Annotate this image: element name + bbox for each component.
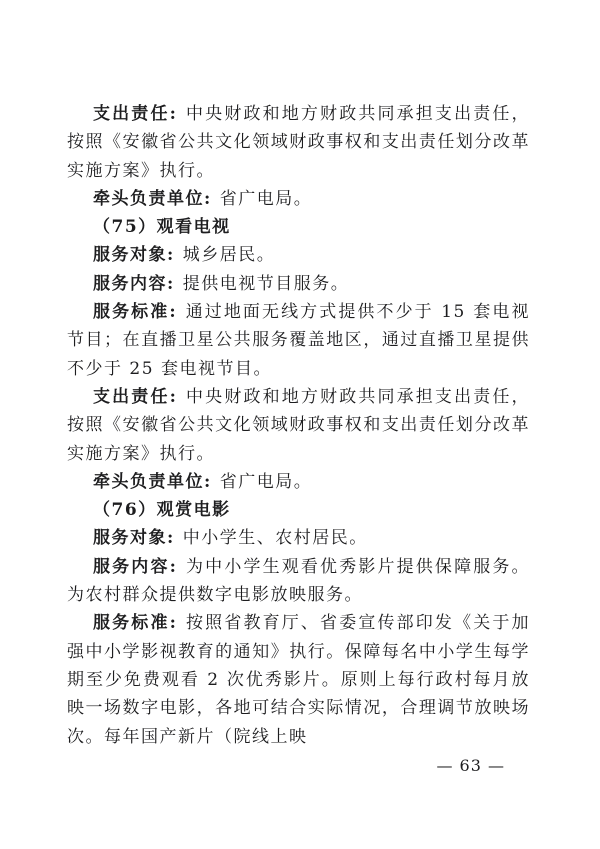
paragraph-label: 服务标准: [93,302,177,322]
paragraph-text: 城乡居民。 [183,245,276,265]
paragraph-label: 牵头负责单位: [93,472,212,492]
paragraph-service-content-75: 服务内容:提供电视节目服务。 [67,270,530,298]
paragraph-lead-unit-75: 牵头负责单位:省广电局。 [67,468,530,496]
paragraph-label: 服务对象: [93,245,175,265]
section-heading-76: （76）观赏电影 [67,496,530,524]
paragraph-text: 省广电局。 [220,189,313,209]
paragraph-label: 服务标准: [93,613,177,633]
paragraph-expenditure-responsibility-75: 支出责任:中央财政和地方财政共同承担支出责任，按照《安徽省公共文化领域财政事权和… [67,100,530,185]
document-page: 支出责任:中央财政和地方财政共同承担支出责任，按照《安徽省公共文化领域财政事权和… [0,0,600,849]
paragraph-expenditure-responsibility-75b: 支出责任:中央财政和地方财政共同承担支出责任，按照《安徽省公共文化领域财政事权和… [67,383,530,468]
paragraph-service-standard-75: 服务标准:通过地面无线方式提供不少于 15 套电视节目；在直播卫星公共服务覆盖地… [67,298,530,383]
paragraph-text: 按照省教育厅、省委宣传部印发《关于加强中小学影视教育的通知》执行。保障每名中小学… [67,613,530,746]
page-number: — 63 — [436,754,505,778]
paragraph-text: 提供电视节目服务。 [183,274,350,294]
paragraph-service-target-76: 服务对象:中小学生、农村居民。 [67,524,530,552]
paragraph-label: 服务对象: [93,528,175,548]
paragraph-label: 牵头负责单位: [93,189,212,209]
paragraph-label: 支出责任: [93,104,177,124]
paragraph-label: 支出责任: [93,387,177,407]
paragraph-label: 服务内容: [93,557,177,577]
paragraph-service-content-76: 服务内容:为中小学生观看优秀影片提供保障服务。为农村群众提供数字电影放映服务。 [67,553,530,610]
paragraph-label: 服务内容: [93,274,175,294]
paragraph-service-standard-76: 服务标准:按照省教育厅、省委宣传部印发《关于加强中小学影视教育的通知》执行。保障… [67,609,530,750]
paragraph-text: 中小学生、农村居民。 [183,528,368,548]
paragraph-service-target-75: 服务对象:城乡居民。 [67,241,530,269]
section-heading-75: （75）观看电视 [67,213,530,241]
document-body: 支出责任:中央财政和地方财政共同承担支出责任，按照《安徽省公共文化领域财政事权和… [67,100,530,751]
paragraph-text: 省广电局。 [220,472,313,492]
paragraph-lead-unit-75-prev: 牵头负责单位:省广电局。 [67,185,530,213]
